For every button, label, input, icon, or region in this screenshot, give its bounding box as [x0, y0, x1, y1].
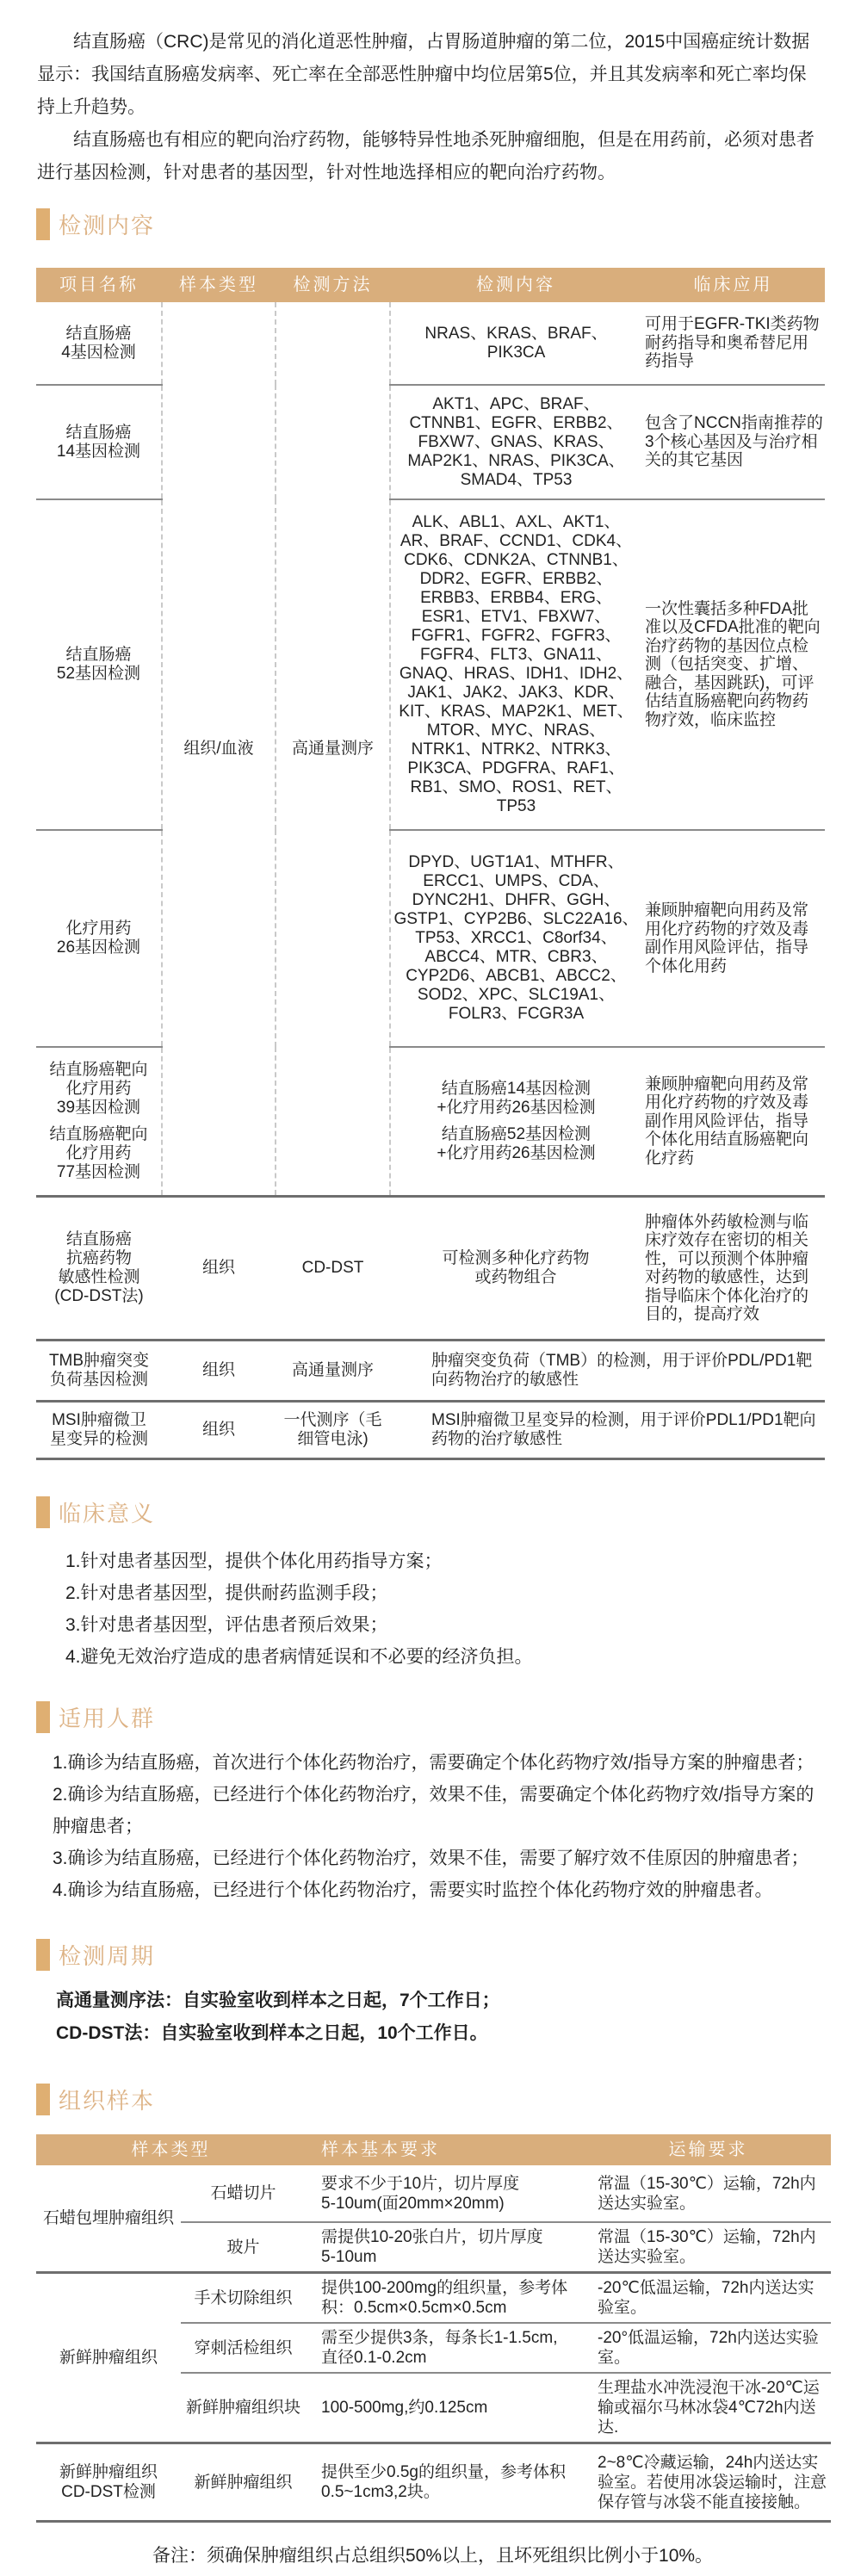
project-name-cell: MSI肿瘤微卫 星变异的检测 [36, 1402, 162, 1459]
sample-subtype-cell: 新鲜肿瘤组织 [181, 2443, 306, 2522]
footnote: 备注：须确保肿瘤组织占总组织50%以上，且坏死组织比例小于10%。 [152, 2542, 861, 2567]
content-cell: 可检测多种化疗药物 或药物组合 [390, 1197, 641, 1341]
intro-paragraph-2: 结直肠癌也有相应的靶向治疗药物，能够特异性地杀死肿瘤细胞，但是在用药前，必须对患… [37, 124, 821, 189]
method-cell: CD-DST [276, 1197, 390, 1341]
section-header-tissue: 组织样本 [36, 2084, 861, 2115]
list-item: 3.针对患者基因型，评估患者预后效果； [65, 1609, 821, 1641]
section-marker-bar [36, 1496, 50, 1528]
list-item: 4.避免无效治疗造成的患者病情延误和不必要的经济负担。 [65, 1641, 821, 1673]
section-title: 检测内容 [59, 208, 155, 240]
project-name-39: 结直肠癌靶向 化疗用药 39基因检测 [38, 1061, 159, 1118]
project-name-cell: 结直肠癌 14基因检测 [36, 385, 162, 499]
clinical-application-cell: 兼顾肿瘤靶向用药及常用化疗药物的疗效及毒副作用风险评估，指导个体化用结直肠癌靶向… [641, 1047, 825, 1197]
table-row-paraffin-slice: 石蜡包埋肿瘤组织 石蜡切片 要求不少于10片，切片厚度 5-10um(面20mm… [36, 2165, 831, 2222]
requirement-cell: 需提供10-20张白片，切片厚度 5-10um [306, 2222, 585, 2273]
method-cell: 高通量测序 [276, 302, 390, 1197]
sample-subtype-cell: 穿刺活检组织 [181, 2323, 306, 2373]
content-cell: MSI肿瘤微卫星变异的检测，用于评价PDL1/PD1靶向药物的治疗敏感性 [390, 1402, 825, 1459]
list-item: 3.确诊为结直肠癌，已经进行个体化药物治疗，效果不佳，需要了解疗效不佳原因的肿瘤… [53, 1842, 821, 1874]
project-name-cell: 结直肠癌 4基因检测 [36, 302, 162, 385]
transport-cell: -20°低温运输，72h内送达实验室。 [585, 2323, 831, 2373]
intro-block: 结直肠癌（CRC)是常见的消化道恶性肿瘤，占胃肠道肿瘤的第二位，2015中国癌症… [37, 26, 821, 189]
column-header-method: 检测方法 [276, 268, 390, 302]
requirement-cell: 提供100-200mg的组织量，参考体积：0.5cm×0.5cm×0.5cm [306, 2273, 585, 2324]
sample-group-cell: 新鲜肿瘤组织 CD-DST检测 [36, 2443, 181, 2522]
gene-list-cell: ALK、ABL1、AXL、AKT1、AR、BRAF、CCND1、CDK4、CDK… [390, 499, 641, 830]
section-header-clinical: 临床意义 [36, 1496, 861, 1528]
tissue-table-header-row: 样本类型 样本基本要求 运输要求 [36, 2134, 831, 2165]
section-header-cycle: 检测周期 [36, 1939, 861, 1971]
column-header-requirements: 样本基本要求 [306, 2134, 585, 2165]
section-header-detection: 检测内容 [36, 208, 861, 240]
method-cell: 高通量测序 [276, 1341, 390, 1402]
table-row-4gene: 结直肠癌 4基因检测 组织/血液 高通量测序 NRAS、KRAS、BRAF、 P… [36, 302, 825, 385]
method-cell: 一代测序（毛 细管电泳) [276, 1402, 390, 1459]
sample-group-cell: 新鲜肿瘤组织 [36, 2273, 181, 2443]
table-row-cddst-fresh-tissue: 新鲜肿瘤组织 CD-DST检测 新鲜肿瘤组织 提供至少0.5g的组织量，参考体积… [36, 2443, 831, 2522]
transport-cell: 生理盐水冲洗浸泡干冰-20℃运输或福尔马林冰袋4℃72h内送达. [585, 2373, 831, 2443]
sample-subtype-cell: 新鲜肿瘤组织块 [181, 2373, 306, 2443]
clinical-application-cell: 可用于EGFR-TKI类药物耐药指导和奥希替尼用药指导 [641, 302, 825, 385]
section-marker-bar [36, 2084, 50, 2115]
table-row-tmb: TMB肿瘤突变 负荷基因检测 组织 高通量测序 肿瘤突变负荷（TMB）的检测，用… [36, 1341, 825, 1402]
sample-subtype-cell: 手术切除组织 [181, 2273, 306, 2324]
column-header-content: 检测内容 [390, 268, 641, 302]
sample-subtype-cell: 石蜡切片 [181, 2165, 306, 2222]
project-name-cell: TMB肿瘤突变 负荷基因检测 [36, 1341, 162, 1402]
detection-table: 项目名称 样本类型 检测方法 检测内容 临床应用 结直肠癌 4基因检测 组织/血… [36, 268, 825, 1460]
page: { "intro": { "p1": "结直肠癌（CRC)是常见的消化道恶性肿瘤… [0, 0, 861, 2576]
sample-group-cell: 石蜡包埋肿瘤组织 [36, 2165, 181, 2273]
section-title: 检测周期 [59, 1939, 155, 1971]
column-header-sample-type: 样本类型 [36, 2134, 306, 2165]
requirement-cell: 需至少提供3条，每条长1-1.5cm, 直径0.1-0.2cm [306, 2323, 585, 2373]
clinical-application-cell: 肿瘤体外药敏检测与临床疗效存在密切的相关性，可以预测个体肿瘤对药物的敏感性，达到… [641, 1197, 825, 1341]
list-item: 1.针对患者基因型，提供个体化用药指导方案； [65, 1545, 821, 1577]
cycle-line-ngs: 高通量测序法：自实验室收到样本之日起，7个工作日； [56, 1985, 861, 2017]
sample-subtype-cell: 玻片 [181, 2222, 306, 2273]
sample-type-cell: 组织 [162, 1402, 276, 1459]
sample-type-cell: 组织/血液 [162, 302, 276, 1197]
project-name-cell: 化疗用药 26基因检测 [36, 830, 162, 1047]
column-header-project: 项目名称 [36, 268, 162, 302]
content-combo-14: 结直肠癌14基因检测 +化疗用药26基因检测 [393, 1080, 640, 1118]
clinical-application-cell: 包含了NCCN指南推荐的3个核心基因及与治疗相关的其它基因 [641, 385, 825, 499]
intro-paragraph-1: 结直肠癌（CRC)是常见的消化道恶性肿瘤，占胃肠道肿瘤的第二位，2015中国癌症… [37, 26, 821, 124]
column-header-sample: 样本类型 [162, 268, 276, 302]
transport-cell: 常温（15-30℃）运输，72h内送达实验室。 [585, 2165, 831, 2222]
section-title: 适用人群 [59, 1701, 155, 1733]
transport-cell: 2~8℃冷藏运输，24h内送达实验室。若使用冰袋运输时，注意保存管与冰袋不能直接… [585, 2443, 831, 2522]
project-name-cell: 结直肠癌靶向 化疗用药 39基因检测 结直肠癌靶向 化疗用药 77基因检测 [36, 1047, 162, 1197]
requirement-cell: 要求不少于10片，切片厚度 5-10um(面20mm×20mm) [306, 2165, 585, 2222]
table-row-52gene: 结直肠癌 52基因检测 ALK、ABL1、AXL、AKT1、AR、BRAF、CC… [36, 499, 825, 830]
applicable-people-list: 1.确诊为结直肠癌，首次进行个体化药物治疗，需要确定个体化药物疗效/指导方案的肿… [36, 1747, 821, 1906]
clinical-significance-list: 1.针对患者基因型，提供个体化用药指导方案； 2.针对患者基因型，提供耐药监测手… [36, 1545, 821, 1673]
clinical-application-cell: 兼顾肿瘤靶向用药及常用化疗药物的疗效及毒副作用风险评估，指导个体化用药 [641, 830, 825, 1047]
list-item: 2.确诊为结直肠癌，已经进行个体化药物治疗，效果不佳，需要确定个体化药物疗效/指… [53, 1779, 821, 1842]
project-name-77: 结直肠癌靶向 化疗用药 77基因检测 [38, 1125, 159, 1182]
detection-table-header-row: 项目名称 样本类型 检测方法 检测内容 临床应用 [36, 268, 825, 302]
sample-type-cell: 组织 [162, 1197, 276, 1341]
list-item: 1.确诊为结直肠癌，首次进行个体化药物治疗，需要确定个体化药物疗效/指导方案的肿… [53, 1747, 821, 1779]
cycle-block: 高通量测序法：自实验室收到样本之日起，7个工作日； CD-DST法：自实验室收到… [56, 1985, 861, 2050]
tissue-sample-table: 样本类型 样本基本要求 运输要求 石蜡包埋肿瘤组织 石蜡切片 要求不少于10片，… [36, 2134, 831, 2523]
sample-type-cell: 组织 [162, 1341, 276, 1402]
content-combo-52: 结直肠癌52基因检测 +化疗用药26基因检测 [393, 1125, 640, 1163]
table-row-surgical-tissue: 新鲜肿瘤组织 手术切除组织 提供100-200mg的组织量，参考体积：0.5cm… [36, 2273, 831, 2324]
table-row-targeted-39-77gene: 结直肠癌靶向 化疗用药 39基因检测 结直肠癌靶向 化疗用药 77基因检测 结直… [36, 1047, 825, 1197]
section-marker-bar [36, 1939, 50, 1971]
table-row-chemo26gene: 化疗用药 26基因检测 DPYD、UGT1A1、MTHFR、ERCC1、UMPS… [36, 830, 825, 1047]
table-row-msi: MSI肿瘤微卫 星变异的检测 组织 一代测序（毛 细管电泳) MSI肿瘤微卫星变… [36, 1402, 825, 1459]
column-header-transport: 运输要求 [585, 2134, 831, 2165]
content-cell: 结直肠癌14基因检测 +化疗用药26基因检测 结直肠癌52基因检测 +化疗用药2… [390, 1047, 641, 1197]
section-title: 临床意义 [59, 1496, 155, 1528]
content-cell: 肿瘤突变负荷（TMB）的检测，用于评价PDL/PD1靶向药物治疗的敏感性 [390, 1341, 825, 1402]
gene-list-cell: DPYD、UGT1A1、MTHFR、ERCC1、UMPS、CDA、DYNC2H1… [390, 830, 641, 1047]
clinical-application-cell: 一次性囊括多种FDA批准以及CFDA批准的靶向治疗药物的基因位点检测（包括突变、… [641, 499, 825, 830]
section-header-applicable: 适用人群 [36, 1701, 861, 1733]
table-row-14gene: 结直肠癌 14基因检测 AKT1、APC、BRAF、CTNNB1、EGFR、ER… [36, 385, 825, 499]
requirement-cell: 100-500mg,约0.125cm [306, 2373, 585, 2443]
transport-cell: 常温（15-30℃）运输，72h内送达实验室。 [585, 2222, 831, 2273]
section-marker-bar [36, 208, 50, 240]
project-name-cell: 结直肠癌 52基因检测 [36, 499, 162, 830]
column-header-application: 临床应用 [641, 268, 825, 302]
requirement-cell: 提供至少0.5g的组织量，参考体积 0.5~1cm3,2块。 [306, 2443, 585, 2522]
transport-cell: -20℃低温运输，72h内送达实验室。 [585, 2273, 831, 2324]
section-title: 组织样本 [59, 2084, 155, 2115]
table-row-cddst: 结直肠癌 抗癌药物 敏感性检测 (CD-DST法) 组织 CD-DST 可检测多… [36, 1197, 825, 1341]
list-item: 2.针对患者基因型，提供耐药监测手段； [65, 1577, 821, 1609]
project-name-cell: 结直肠癌 抗癌药物 敏感性检测 (CD-DST法) [36, 1197, 162, 1341]
gene-list-cell: NRAS、KRAS、BRAF、 PIK3CA [390, 302, 641, 385]
section-marker-bar [36, 1701, 50, 1733]
list-item: 4.确诊为结直肠癌，已经进行个体化药物治疗，需要实时监控个体化药物疗效的肿瘤患者… [53, 1874, 821, 1906]
gene-list-cell: AKT1、APC、BRAF、CTNNB1、EGFR、ERBB2、FBXW7、GN… [390, 385, 641, 499]
cycle-line-cddst: CD-DST法：自实验室收到样本之日起，10个工作日。 [56, 2017, 861, 2050]
